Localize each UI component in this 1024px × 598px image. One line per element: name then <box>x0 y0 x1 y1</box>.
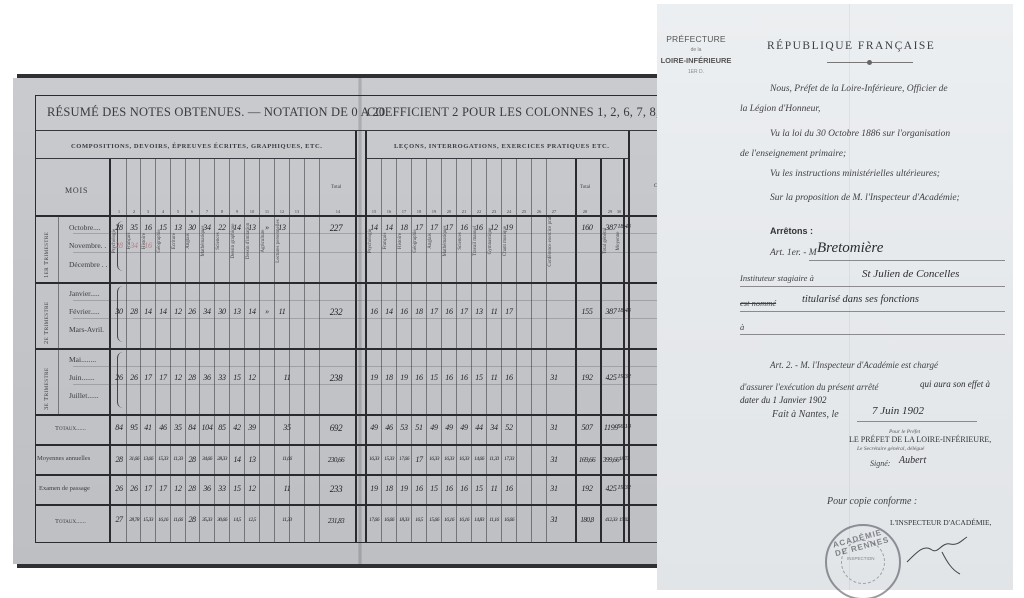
letter-p3: Vu les instructions ministérielles ultér… <box>770 169 940 179</box>
trimester-line <box>36 282 694 284</box>
col-number: 23 <box>487 209 501 214</box>
copie-conforme: Pour copie conforme : <box>827 496 917 507</box>
mois-header: MOIS <box>65 186 88 195</box>
underline <box>809 260 1005 261</box>
header-bottom-line <box>36 215 628 217</box>
grade-cell-red: 16 <box>137 241 159 250</box>
underline <box>740 334 1005 335</box>
grade-total: 192 <box>576 484 598 493</box>
col-number: 1 <box>112 209 126 214</box>
col-number: 20 <box>442 209 456 214</box>
month-line <box>73 384 693 385</box>
trimester-divider <box>58 216 59 414</box>
month-line <box>73 300 693 301</box>
grade-total: 160 <box>576 223 598 232</box>
month-label: Novembre. . <box>69 241 106 250</box>
secretaire: Le Secrétaire général, délégué <box>857 446 924 452</box>
grade-cell: 13 <box>241 455 263 464</box>
art2-line2-prefix: d'assurer l'exécution du présent arrêté <box>740 382 879 392</box>
col-number: 18 <box>412 209 426 214</box>
col-number: 10 <box>245 209 259 214</box>
signe-name: Aubert <box>899 455 926 466</box>
art1-line2-hand: St Julien de Concelles <box>862 268 959 280</box>
section-divider-left <box>36 158 356 159</box>
col-number: 9 <box>230 209 244 214</box>
grade-cell: 11 <box>276 373 298 382</box>
grade-total: 231,83 <box>325 517 347 525</box>
col-number: 27 <box>547 209 561 214</box>
month-line <box>73 366 693 367</box>
month-label: Mai........ <box>69 355 96 364</box>
col-number: 14 <box>331 209 345 214</box>
grade-cell: 16 <box>498 484 520 493</box>
art2-line3-hand: dater du 1 Janvier 1902 <box>740 395 826 405</box>
grade-cell: 11,33 <box>276 517 298 523</box>
center-divider-2 <box>365 131 367 543</box>
grade-moyenne: 19,02 <box>617 517 631 523</box>
totals-line <box>36 414 694 416</box>
month-label: Décembre . . <box>69 260 107 269</box>
grade-total: 238 <box>325 373 347 383</box>
grade-total: 233 <box>325 484 347 494</box>
grade-cell: 12 <box>241 484 263 493</box>
col-number: 6 <box>185 209 199 214</box>
letter-p1-line2: la Légion d'Honneur, <box>740 104 820 114</box>
col-number: 22 <box>472 209 486 214</box>
prefecture-letter: PRÉFECTURE de la LOIRE-INFÉRIEURE 1ER D.… <box>657 4 1013 590</box>
inspecteur-title: L'INSPECTEUR D'ACADÉMIE, <box>890 518 991 527</box>
grade-moyenne: 18,73 <box>617 456 631 462</box>
section-header-right: LEÇONS, INTERROGATIONS, EXERCICES PRATIQ… <box>394 143 609 150</box>
trimester-label: 1er Trimestre <box>43 232 50 278</box>
col-number: 17 <box>397 209 411 214</box>
grade-total: 227 <box>325 223 347 233</box>
prefecture-line3: LOIRE-INFÉRIEURE <box>657 56 735 65</box>
letter-p2-line2: de l'enseignement primaire; <box>740 149 846 159</box>
grade-total: 692 <box>325 423 347 433</box>
col-number: 26 <box>532 209 546 214</box>
grade-moyenne: 56,18 <box>617 423 631 430</box>
grade-cell: 31 <box>543 373 565 382</box>
grade-cell: 13 <box>271 223 293 232</box>
col-header-total: Total <box>331 185 341 190</box>
art2-line2-hand: qui aura son effet à <box>920 379 990 389</box>
grade-total: 180,8 <box>576 516 598 524</box>
arretons-heading: Arrêtons : <box>770 226 813 236</box>
grade-moyenne: 19,32 <box>617 484 631 491</box>
col-number: 21 <box>457 209 471 214</box>
month-label: Juin....... <box>69 373 95 382</box>
art1-line2-prefix: Instituteur stagiaire à <box>740 273 814 283</box>
fait-prefix: Fait à Nantes, le <box>772 409 839 420</box>
letter-p2-line1: Vu la loi du 30 Octobre 1886 sur l'organ… <box>770 129 950 139</box>
col-number: 19 <box>427 209 441 214</box>
letter-p1-line1: Nous, Préfet de la Loire-Inférieure, Off… <box>770 84 948 94</box>
summary-line <box>36 474 694 476</box>
grade-moyenne: 19,32 <box>617 373 631 380</box>
center-divider <box>355 131 357 543</box>
grade-total: 169,66 <box>576 456 598 464</box>
republic-heading: RÉPUBLIQUE FRANÇAISE <box>767 40 935 52</box>
report-title-right: COEFFICIENT 2 POUR LES COLONNES 1, 2, 6,… <box>367 105 676 120</box>
underline <box>740 286 1005 287</box>
month-label: Février..... <box>69 307 100 316</box>
grade-cell: 11,66 <box>276 456 298 462</box>
grade-total: 232 <box>325 307 347 317</box>
ornament-divider <box>827 62 913 63</box>
grade-cell: 17,33 <box>498 456 520 462</box>
month-label: Mars-Avril. <box>69 325 104 334</box>
art1-line3-prefix: est nommé <box>740 298 776 308</box>
row-label-examen: Examen de passage <box>39 485 90 492</box>
prefecture-line4: 1ER D. <box>657 69 735 75</box>
col-number: 7 <box>200 209 214 214</box>
col-number: 8 <box>215 209 229 214</box>
section-divider-right <box>365 158 628 159</box>
signature-icon <box>902 532 972 577</box>
summary-line <box>36 504 694 506</box>
section-header-left: COMPOSITIONS, DEVOIRS, ÉPREUVES ÉCRITES,… <box>71 143 323 150</box>
col-number: 4 <box>156 209 170 214</box>
prefet-title: LE PRÉFET DE LA LOIRE-INFÉRIEURE, <box>849 435 991 444</box>
row-label-totaux: Totaux...... <box>55 425 86 432</box>
month-line <box>73 318 693 319</box>
grade-moyenne: 18,43 <box>617 223 631 230</box>
prefecture-line2: de la <box>657 47 735 53</box>
prefecture-line1: PRÉFECTURE <box>657 34 735 44</box>
col-header-total: Total <box>580 185 590 190</box>
month-line <box>73 252 693 253</box>
month-label: Juillet...... <box>69 391 99 400</box>
stamp-inner-text: INSPECTION <box>847 556 875 561</box>
col-number: 15 <box>367 209 381 214</box>
row-label-moyennes: Moyennes annuelles <box>37 455 90 462</box>
grade-total: 230,66 <box>325 456 347 464</box>
grade-cell: 17 <box>498 307 520 316</box>
col-number: 11 <box>260 209 274 214</box>
grade-cell: 31 <box>543 515 565 524</box>
grade-total: 507 <box>576 423 598 432</box>
grade-cell: 35 <box>276 423 298 432</box>
col-number: 12 <box>275 209 289 214</box>
grade-total: 155 <box>576 307 598 316</box>
art1-name: Bretomière <box>817 240 883 257</box>
grade-moyenne: 18,43 <box>617 307 631 314</box>
col-number: 2 <box>127 209 141 214</box>
art1-line3-hand: titularisé dans ses fonctions <box>802 294 919 305</box>
place-column-divider <box>628 131 630 543</box>
letter-p4: Sur la proposition de M. l'Inspecteur d'… <box>770 193 960 203</box>
col-number: 30 <box>612 209 626 214</box>
art2-line1: Art. 2. - M. l'Inspecteur d'Académie est… <box>770 360 938 370</box>
col-number: 16 <box>382 209 396 214</box>
fait-date: 7 Juin 1902 <box>872 405 924 417</box>
grade-cell: 52 <box>498 423 520 432</box>
grade-total: 192 <box>576 373 598 382</box>
month-label: Octobre.... <box>69 223 101 232</box>
art1-line4: à <box>740 322 744 332</box>
row-label-totaux-final: Totaux...... <box>55 518 86 525</box>
grade-cell: 19 <box>498 223 520 232</box>
col-number: 5 <box>171 209 185 214</box>
trimester-label: 2e Trimestre <box>43 301 50 344</box>
underline <box>740 311 1005 312</box>
trimester-line <box>36 348 694 350</box>
grade-cell: 11 <box>276 484 298 493</box>
underline <box>857 421 977 422</box>
col-number: 25 <box>517 209 531 214</box>
report-title-left: RÉSUMÉ DES NOTES OBTENUES. — NOTATION DE… <box>47 105 389 120</box>
month-line <box>73 233 693 234</box>
col-number: 13 <box>290 209 304 214</box>
col-number: 24 <box>502 209 516 214</box>
grade-cell: 16 <box>498 373 520 382</box>
grade-cell: 31 <box>543 455 565 464</box>
grade-cell: 12,5 <box>241 517 263 523</box>
grade-cell: 31 <box>543 423 565 432</box>
col-number: 28 <box>578 209 592 214</box>
grade-cell: 31 <box>543 484 565 493</box>
summary-line <box>36 444 694 446</box>
prefecture-header: PRÉFECTURE de la LOIRE-INFÉRIEURE 1ER D. <box>657 34 735 75</box>
grade-cell: 11 <box>271 307 293 316</box>
signe-label: Signé: <box>870 459 890 468</box>
academy-stamp: ACADÉMIE DE RENNES INSPECTION <box>825 524 901 598</box>
grade-cell: 12 <box>241 373 263 382</box>
report-card: RÉSUMÉ DES NOTES OBTENUES. — NOTATION DE… <box>13 78 708 564</box>
art1-label: Art. 1er. - M <box>770 248 817 258</box>
grade-cell: 39 <box>241 423 263 432</box>
trimester-label: 3e Trimestre <box>43 367 50 410</box>
month-label: Janvier..... <box>69 289 100 298</box>
col-number: 3 <box>141 209 155 214</box>
grade-cell: 16,66 <box>498 517 520 523</box>
